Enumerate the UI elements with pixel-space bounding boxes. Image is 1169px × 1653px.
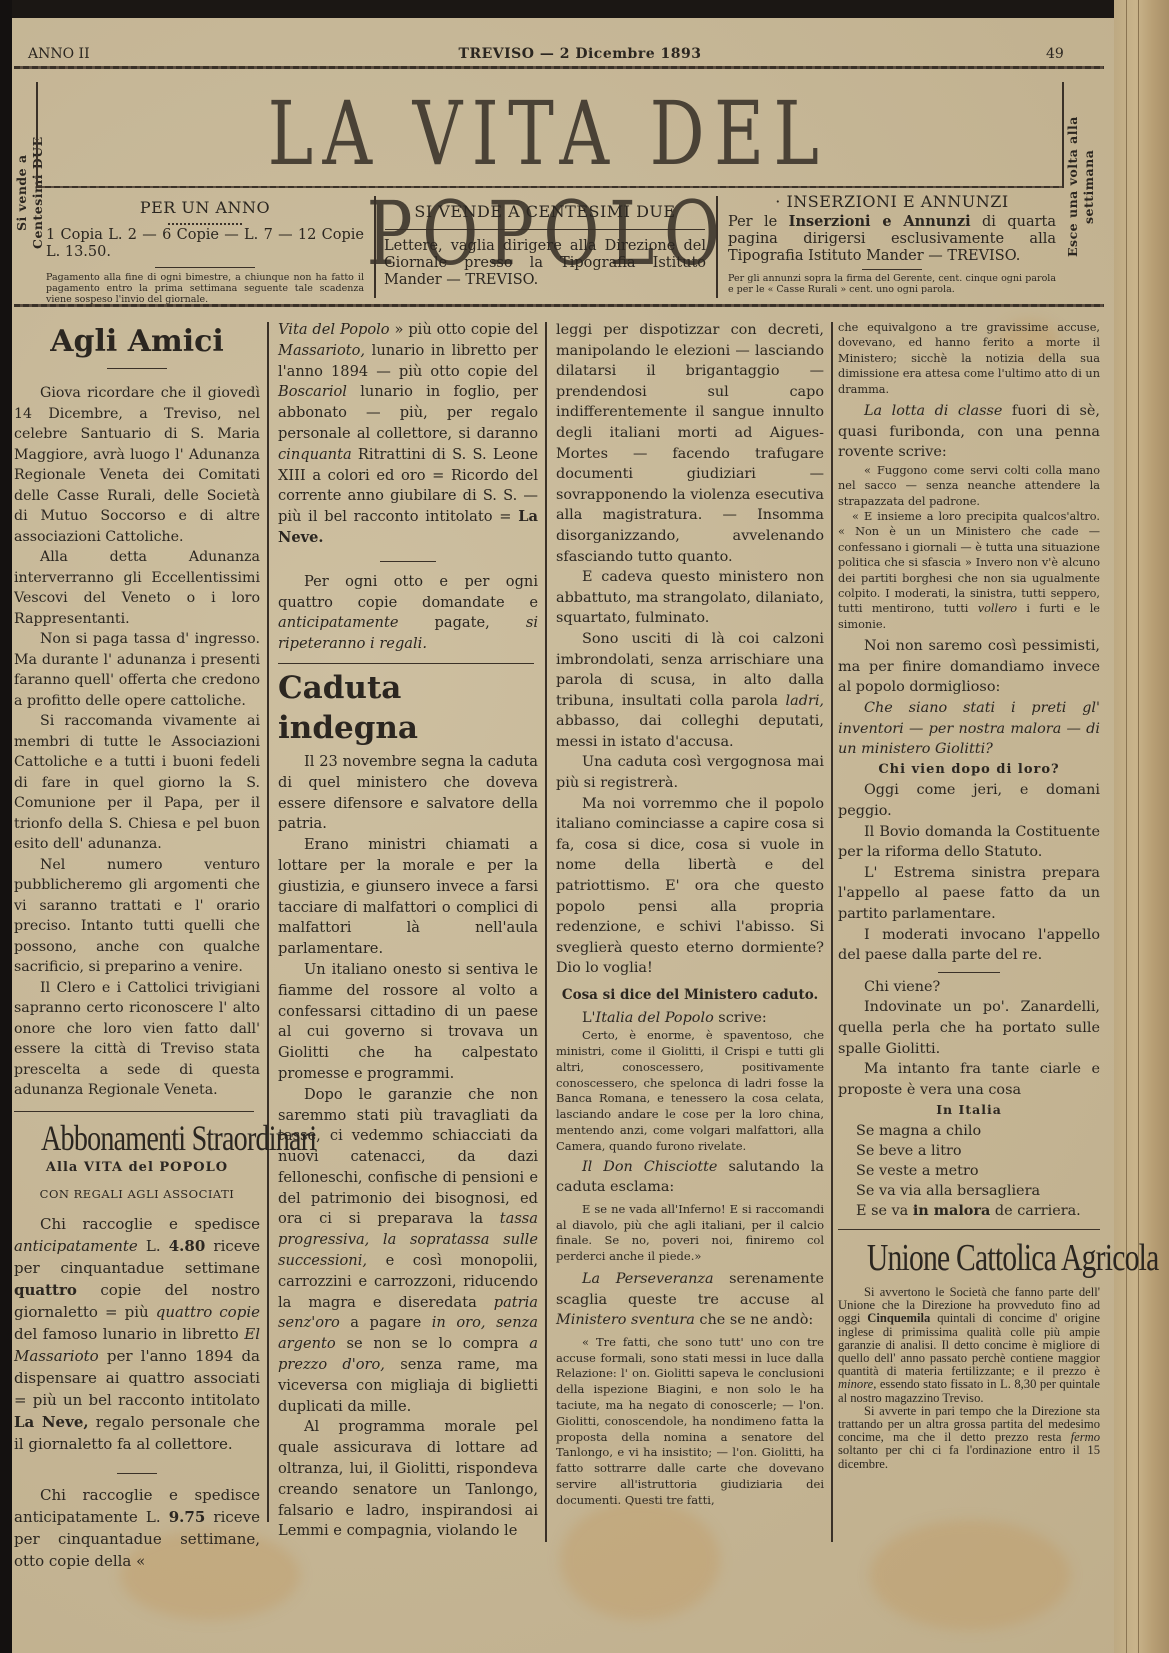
paragraph: Al programma morale pel quale assicurava… [278,1417,538,1542]
quote: « Tre fatti, che sono tutt' uno con tre … [556,1335,824,1509]
subheading: Chi vien dopo di loro? [838,760,1100,781]
article-title: Abbonamenti Straordinari [41,1118,233,1158]
column-rule-3 [831,322,833,1542]
subheading: In Italia [838,1100,1100,1121]
article-cosa-si-dice: Cosa si dice del Ministero caduto. L'Ita… [556,985,824,1508]
subscription-title: PER UN ANNO [40,198,370,217]
paragraph: Sono usciti di là coi calzoni imbrondola… [556,629,824,753]
paragraph: Chi raccoglie e spedisce anticipatamente… [14,1213,260,1455]
paragraph: Che siano stati i preti gl' inventori — … [838,698,1100,760]
quote: Certo, è enorme, è spaventoso, che minis… [556,1028,824,1154]
paragraph: Indovinate un po'. Zanardelli, quella pe… [838,997,1100,1059]
paragraph: Alla detta Adunanza interverranno gli Ec… [14,547,260,629]
ads-box: · INSERZIONI E ANNUNZI Per le Inserzioni… [724,192,1060,302]
paragraph: leggi per dispotizzar con decreti, manip… [556,320,824,567]
article-title: Caduta indegna [278,668,538,748]
scan-border-top [0,0,1169,18]
paragraph: Si avvertono le Società che fanno parte … [838,1286,1100,1405]
article-title: Unione Cattolica Agricola [867,1236,1071,1280]
paragraph: Chi raccoglie e spedisce anticipatamente… [14,1484,260,1572]
newspaper-page: ANNO II TREVISO — 2 Dicembre 1893 49 Si … [0,0,1169,1653]
paragraph: Il Bovio domanda la Costituente per la r… [838,822,1100,863]
header-rule [14,66,1104,69]
ads-text: Per le Inserzioni e Annunzi di quarta pa… [728,213,1056,265]
paragraph: Per ogni otto e per ogni quattro copie d… [278,572,538,655]
paragraph: Oggi come jeri, e domani peggio. [838,780,1100,821]
quote: « Fuggono come servi colti colla mano ne… [838,463,1100,509]
side-note-right: Esce una volta allasettimana [1065,82,1097,292]
subscription-box: PER UN ANNO 1 Copia L. 2 — 6 Copie — L. … [40,192,370,302]
article-subtitle: Alla VITA del POPOLO [14,1158,260,1179]
ads-title: · INSERZIONI E ANNUNZI [724,192,1060,211]
paragraph: Ma noi vorremmo che il popolo italiano c… [556,794,824,979]
subscription-prices: 1 Copia L. 2 — 6 Copie — L. 7 — 12 Copie… [46,227,364,261]
paragraph: L' Estrema sinistra prepara l'appello al… [838,863,1100,925]
paragraph: E cadeva questo ministero non abbattuto,… [556,567,824,629]
paragraph: Giova ricordare che il giovedì 14 Dicemb… [14,383,260,547]
subscription-note: Pagamento alla fine di ogni bimestre, a … [46,272,364,305]
paragraph: Il Clero e i Cattolici trivigiani sapran… [14,978,260,1101]
paragraph: Si avverte in pari tempo che la Direzion… [838,1405,1100,1471]
paragraph: La lotta di classe fuori di sè, quasi fu… [838,401,1100,463]
scan-binding-edge [0,0,12,1653]
quote: che equivalgono a tre gravissime accuse,… [838,320,1100,397]
paragraph: Si raccomanda vivamente ai membri di tut… [14,711,260,855]
verse: Se magna a chilo Se beve a litro Se vest… [838,1121,1100,1221]
paragraph: Un italiano onesto si sentiva le fiamme … [278,960,538,1085]
paragraph: Dopo le garanzie che non saremmo stati p… [278,1085,538,1418]
paragraph: Erano ministri chiamati a lottare per la… [278,835,538,960]
paragraph: Una caduta così vergognosa mai più si re… [556,752,824,793]
paragraph: Noi non saremo così pessimisti, ma per f… [838,636,1100,698]
quote: « E insieme a loro precipita qualcos'alt… [838,509,1100,632]
price-title: SI VENDE A CENTESIMI DUE [380,202,710,221]
article-title: Agli Amici [14,322,260,362]
paragraph: L'Italia del Popolo scrive: [556,1008,824,1029]
year-label: ANNO II [28,46,90,62]
paragraph: Vita del Popolo » più otto copie del Mas… [278,320,538,549]
article-abbonamenti: Abbonamenti Straordinari Alla VITA del P… [14,1118,260,1572]
price-box: SI VENDE A CENTESIMI DUE Lettere, vaglia… [380,192,710,302]
paragraph: Chi viene? [838,977,1100,998]
paragraph: Il Don Chisciotte salutando la caduta es… [556,1157,824,1198]
dateline: TREVISO — 2 Dicembre 1893 [400,46,760,62]
paragraph: La Perseveranza serenamente scaglia ques… [556,1269,824,1331]
paragraph: Nel numero venturo pubblicheremo gli arg… [14,855,260,978]
price-text: Lettere, vaglia dirigere alla Direzione … [384,238,706,289]
column-3: leggi per dispotizzar con decreti, manip… [556,320,824,1508]
article-caption: CON REGALI AGLI ASSOCIATI [14,1184,260,1205]
ads-note: Per gli annunzi sopra la firma del Geren… [728,273,1056,295]
column-rule-2 [545,322,547,1542]
article-caduta-indegna: Caduta indegna Il 23 novembre segna la c… [278,668,538,1542]
paragraph: I moderati invocano l'appello del paese … [838,925,1100,966]
article-unione-cattolica: Unione Cattolica Agricola Si avvertono l… [838,1236,1100,1471]
column-rule-1 [267,322,269,1522]
paragraph: Il 23 novembre segna la caduta di quel m… [278,752,538,835]
adjacent-page-edge [1114,0,1169,1653]
quote: E se ne vada all'Inferno! E si raccomand… [556,1202,824,1265]
page-number: 49 [1046,46,1064,62]
paragraph: Non si paga tassa d' ingresso. Ma durant… [14,629,260,711]
column-1: Agli Amici Giova ricordare che il gioved… [14,320,260,1572]
section-title: Cosa si dice del Ministero caduto. [556,985,824,1006]
column-2: Vita del Popolo » più otto copie del Mas… [278,320,538,1542]
paragraph: Ma intanto fra tante ciarle e proposte è… [838,1059,1100,1100]
article-agli-amici: Agli Amici Giova ricordare che il gioved… [14,322,260,1101]
column-4: che equivalgono a tre gravissime accuse,… [838,320,1100,1471]
